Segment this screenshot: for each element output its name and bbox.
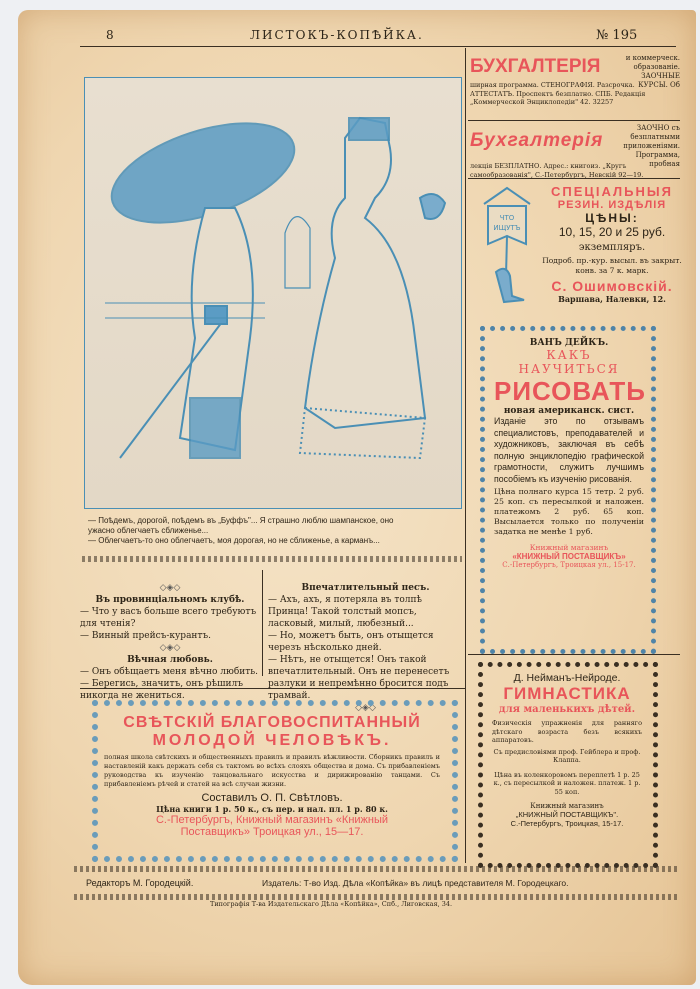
svg-text:ИЩУТЪ: ИЩУТЪ	[493, 224, 520, 232]
joke-line: — Ахъ, ахъ, я потеряла въ толпѣ Принца! …	[268, 594, 463, 630]
ad-author: ВАНЪ ДЕЙКЪ.	[494, 338, 644, 348]
header-rule	[80, 46, 676, 47]
joke-line: — Винный прейсъ-курантъ.	[80, 630, 260, 642]
joke-line: — Онъ обѣщаетъ меня вѣчно любить.	[80, 666, 260, 678]
ad-title: РИСОВАТЬ	[494, 376, 644, 406]
ad-price: Цѣна въ коленкоровомъ переплетѣ 1 р. 25 …	[492, 771, 642, 797]
illustration-caption: — Поѣдемъ, дорогой, поѣдемъ въ „Буффъ"..…	[88, 516, 466, 546]
section-rule	[80, 688, 466, 689]
caption-line: — Облегчаетъ-то оно облегчаетъ, моя доро…	[88, 536, 466, 546]
ad-title: БУХГАЛТЕРІЯ	[470, 56, 600, 78]
ad-author: Д. Нейманъ-Нейроде.	[492, 672, 642, 684]
svg-text:ЧТО: ЧТО	[500, 214, 515, 222]
caricature-drawing	[85, 78, 461, 508]
ad-title: РЕЗИН. ИЗДѢЛІЯ	[542, 199, 682, 211]
ad-title: СПЕЦІАЛЬНЫЯ	[542, 184, 682, 199]
joke-title: Вѣчная любовь.	[80, 654, 260, 666]
ad-title: СВѢТСКІЙ БЛАГОВОСПИТАННЫЙ	[104, 714, 440, 732]
ad-unit: экземпляръ.	[542, 242, 682, 253]
page-number: 8	[106, 28, 114, 42]
ad-prices-label: ЦѢНЫ:	[542, 211, 682, 225]
ad-shop: С.-Петербургъ, Троицкая, 15-17.	[492, 819, 642, 828]
ad-shop: Книжный магазинъ	[492, 802, 642, 810]
issue-number: № 195	[596, 28, 637, 43]
banner-emblem-icon: ЧТО ИЩУТЪ	[476, 184, 538, 309]
joke-line: — Что у васъ больше всего требуютъ для ч…	[80, 606, 260, 630]
joke-title: Въ провинцiальномъ клубѣ.	[80, 594, 260, 606]
ad-body: Физическія упражненія для ранняго дѣтска…	[492, 719, 642, 745]
caption-line: — Поѣдемъ, дорогой, поѣдемъ въ „Буффъ"..…	[88, 516, 466, 526]
ad-address: Варшава, Налевки, 12.	[542, 294, 682, 304]
ad-body: лекція БЕЗПЛАТНО. Адрес.: книгоиз. „Круг…	[470, 162, 680, 179]
ad-shop: «КНИЖНЫЙ ПОСТАВЩИКЪ»	[494, 552, 644, 561]
ad-title: ГИМНАСТИКА	[492, 684, 642, 704]
joke-line: — Нѣтъ, не отыщется! Онъ такой впечатлит…	[268, 654, 463, 702]
ad-title: МОЛОДОЙ ЧЕЛОВѢКЪ.	[104, 732, 440, 750]
ad-rubber: ЧТО ИЩУТЪ СПЕЦІАЛЬНЫЯ РЕЗИН. ИЗДѢЛІЯ ЦѢН…	[472, 184, 680, 324]
ad-price: Цѣна книги 1 р. 50 к., съ пер. и нал. пл…	[104, 804, 440, 814]
column-divider	[465, 48, 466, 863]
ornament-icon: ◇◈◇	[80, 642, 260, 654]
ad-shop: Книжный магазинъ	[494, 543, 644, 552]
ad-gym: Д. Нейманъ-Нейроде. ГИМНАСТИКА для мален…	[492, 672, 642, 828]
ad-shop: Поставщикъ» Троицкая ул., 15—17.	[104, 826, 440, 838]
ad-title: Бухгалтерія	[470, 130, 603, 152]
caption-line: ужасно облегчаетъ сближенье...	[88, 526, 466, 536]
joke-line: — Берегись, значитъ, онъ рѣшилъ никогда …	[80, 678, 260, 702]
newspaper-title: ЛИСТОКЪ-КОПѢЙКА.	[250, 28, 424, 42]
ad-shop: С.-Петербургъ, Книжный магазинъ «Книжный	[104, 814, 440, 826]
ad-subtitle: новая американск. сист.	[494, 406, 644, 416]
printer-credit: Типографія Т-ва Издательскаго Дѣла «Копѣ…	[210, 900, 452, 908]
ad-rule	[468, 654, 680, 655]
ad-price: Цѣна полнаго курса 15 тетр. 2 руб. 25 ко…	[494, 487, 644, 537]
ad-preface: Съ предисловіями проф. Гейблера и проф. …	[492, 748, 642, 765]
ad-subtitle: для маленькихъ дѣтей.	[492, 704, 642, 715]
ad-draw: ВАНЪ ДЕЙКЪ. КАКЪ НАУЧИТЬСЯ РИСОВАТЬ нова…	[494, 338, 644, 569]
ornament-icon: ◇◈◇	[80, 582, 260, 594]
caricature-illustration	[84, 77, 462, 509]
editor-credit: Редакторъ М. Городецкій.	[86, 878, 193, 888]
ad-shop: „КНИЖНЫЙ ПОСТАВЩИКЪ".	[492, 810, 642, 819]
joke-line: — Но, можетъ быть, онъ отыщется черезъ н…	[268, 630, 463, 654]
jokes-right: Впечатлительный песъ. — Ахъ, ахъ, я поте…	[268, 582, 463, 714]
ad-body: ширная программа. СТЕНОГРАФІЯ. Разсрочка…	[470, 81, 680, 107]
wavy-divider	[82, 556, 462, 562]
publisher-credit: Издатель: Т-во Изд. Дѣла «Копѣйка» въ ли…	[262, 878, 569, 888]
joke-title: Впечатлительный песъ.	[268, 582, 463, 594]
jokes-divider	[262, 570, 263, 676]
ad-rule	[468, 120, 680, 121]
ad-rule	[468, 178, 680, 179]
ad-body: полная школа свѣтскихъ и общественныхъ п…	[104, 753, 440, 789]
ad-author: Составилъ О. П. Свѣтловъ.	[104, 792, 440, 804]
ad-title: КАКЪ НАУЧИТЬСЯ	[494, 348, 644, 376]
ad-body: Изданіе это по отзывамъ специалистовъ, п…	[494, 416, 644, 485]
ad-svetsky: СВѢТСКІЙ БЛАГОВОСПИТАННЫЙ МОЛОДОЙ ЧЕЛОВѢ…	[104, 714, 440, 838]
ad-shop: С.-Петербургъ, Троицкая ул., 15-17.	[494, 561, 644, 569]
wavy-divider	[74, 866, 680, 872]
ad-seller: С. Ошимовскій.	[542, 278, 682, 294]
jokes-left: ◇◈◇ Въ провинцiальномъ клубѣ. — Что у ва…	[80, 582, 260, 702]
ad-prices: 10, 15, 20 и 25 руб.	[542, 225, 682, 239]
ad-details: Подроб. пр.-кур. высыл. въ закрыт. конв.…	[542, 256, 682, 276]
